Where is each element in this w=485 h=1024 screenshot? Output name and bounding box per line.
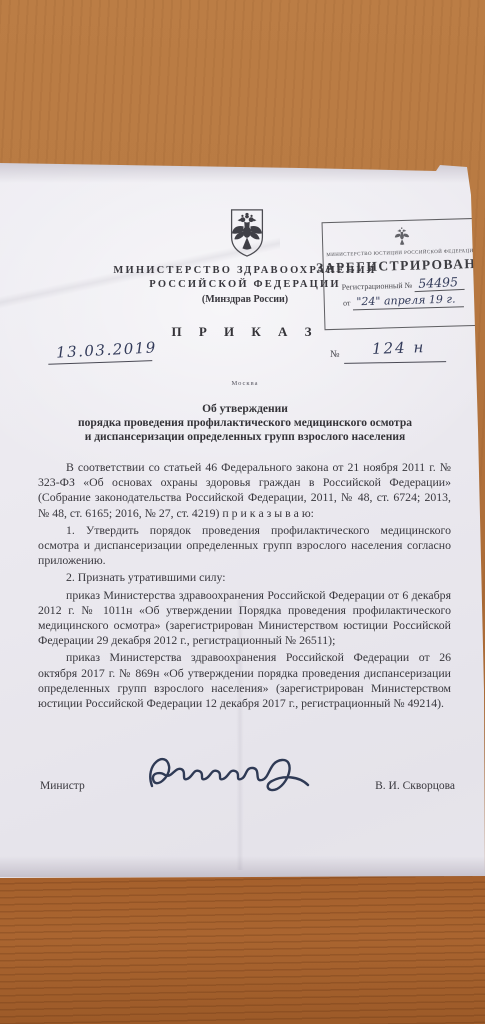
order-title: П Р И К А З: [25, 324, 465, 340]
body-paragraph: В соответствии со статьей 46 Федеральног…: [38, 460, 451, 521]
photo-of-document-on-table: МИНИСТЕРСТВО ЗДРАВООХРАНЕНИЯ РОССИЙСКОЙ …: [0, 0, 485, 1024]
paper-top-edge-shade: [0, 163, 485, 183]
order-number-sign: №: [330, 349, 340, 360]
order-body: В соответствии со статьей 46 Федеральног…: [38, 460, 451, 713]
stamp-reg-number-value: 54495: [414, 274, 464, 292]
wood-table-bottom: [0, 876, 485, 1024]
registration-stamp: МИНИСТЕРСТВО ЮСТИЦИИ РОССИЙСКОЙ ФЕДЕРАЦИ…: [322, 218, 484, 330]
body-paragraph: приказ Министерства здравоохранения Росс…: [38, 650, 451, 711]
subject-heading: Об утверждении порядка проведения профил…: [30, 402, 460, 445]
signature-autograph: [138, 744, 323, 806]
body-paragraph: 1. Утвердить порядок проведения профилак…: [38, 523, 451, 569]
signature-row: Министр В. И. Скворцова: [40, 780, 455, 792]
stamp-date-prefix: от: [343, 298, 351, 307]
stamp-date-line: от "24" апреля 19 г.: [343, 292, 464, 308]
stamp-eagle-icon: [391, 224, 412, 251]
paper-sheet: МИНИСТЕРСТВО ЗДРАВООХРАНЕНИЯ РОССИЙСКОЙ …: [0, 0, 485, 1024]
subject-line-1: Об утверждении: [30, 402, 460, 416]
minister-name: В. И. Скворцова: [375, 780, 455, 792]
coat-of-arms-icon: [226, 205, 268, 261]
stamp-reg-number-line: Регистрационный № 54495: [341, 274, 464, 293]
subject-line-3: и диспансеризации определенных групп взр…: [30, 430, 460, 444]
city-label: Москва: [25, 380, 465, 387]
minister-label: Министр: [40, 780, 85, 792]
body-paragraph: приказ Министерства здравоохранения Росс…: [38, 588, 451, 649]
order-number-handwritten: 124 н: [372, 338, 426, 358]
stamp-reg-number-label: Регистрационный №: [342, 281, 413, 292]
body-paragraph: 2. Признать утратившими силу:: [38, 570, 451, 585]
stamp-date-value: "24" апреля 19 г.: [352, 292, 464, 310]
subject-line-2: порядка проведения профилактического мед…: [30, 416, 460, 430]
